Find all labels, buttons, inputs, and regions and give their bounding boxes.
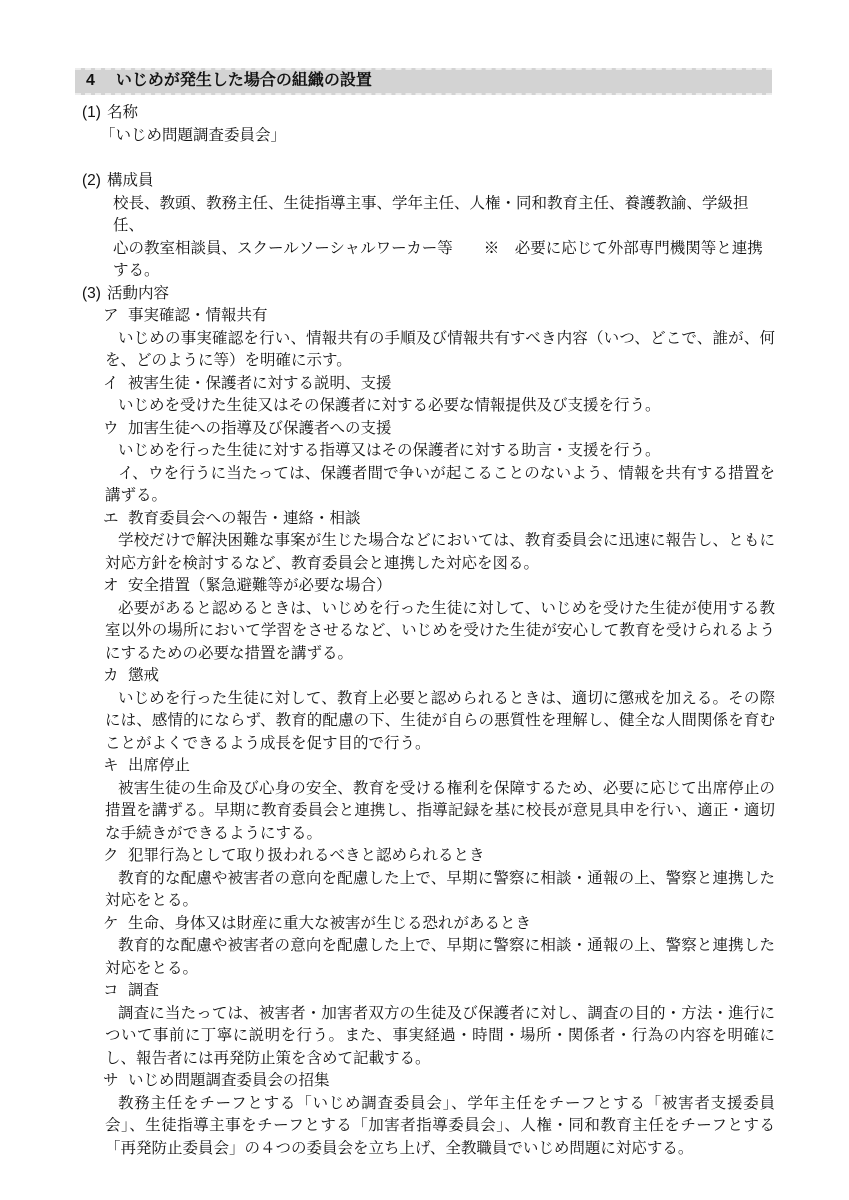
activity-paragraph: 調査に当たっては、被害者・加害者双方の生徒及び保護者に対し、調査の目的・方法・進… xyxy=(75,1003,775,1071)
activity-item-ki: キ 出席停止 被害生徒の生命及び心身の安全、教育を受ける権利を保障するため、必要… xyxy=(75,755,775,845)
activity-heading: エ 教育委員会への報告・連絡・相談 xyxy=(75,508,775,531)
activity-heading: イ 被害生徒・保護者に対する説明、支援 xyxy=(75,373,775,396)
item-title: 名称 xyxy=(107,102,138,125)
activity-heading: ケ 生命、身体又は財産に重大な被害が生じる恐れがあるとき xyxy=(75,913,775,936)
section-title: いじめが発生した場合の組織の設置 xyxy=(116,72,372,89)
activity-item-sa: サ いじめ問題調査委員会の招集 教務主任をチーフとする「いじめ調査委員会」、学年… xyxy=(75,1070,775,1160)
members-line: 心の教室相談員、スクールソーシャルワーカー等 ※ 必要に応じて外部専門機関等と連… xyxy=(75,238,775,283)
activity-marker: ウ xyxy=(103,418,128,441)
activity-paragraph: 学校だけで解決困難な事案が生じた場合などにおいては、教育委員会に迅速に報告し、と… xyxy=(75,530,775,575)
activity-paragraph: いじめの事実確認を行い、情報共有の手順及び情報共有すべき内容（いつ、どこで、誰が… xyxy=(75,328,775,373)
item-marker: (2) xyxy=(82,170,107,193)
activity-marker: サ xyxy=(103,1070,128,1093)
activity-item-u: ウ 加害生徒への指導及び保護者への支援 いじめを行った生徒に対する指導又はその保… xyxy=(75,418,775,508)
activity-item-e: エ 教育委員会への報告・連絡・相談 学校だけで解決困難な事案が生じた場合などにお… xyxy=(75,508,775,576)
numbered-heading: (2) 構成員 xyxy=(75,170,775,193)
numbered-heading: (3) 活動内容 xyxy=(75,283,775,306)
activity-heading: サ いじめ問題調査委員会の招集 xyxy=(75,1070,775,1093)
activity-item-ke: ケ 生命、身体又は財産に重大な被害が生じる恐れがあるとき 教育的な配慮や被害者の… xyxy=(75,913,775,981)
activity-paragraph: 教育的な配慮や被害者の意向を配慮した上で、早期に警察に相談・通報の上、警察と連携… xyxy=(75,868,775,913)
activity-marker: イ xyxy=(103,373,128,396)
activity-heading: ウ 加害生徒への指導及び保護者への支援 xyxy=(75,418,775,441)
numbered-item-members: (2) 構成員 校長、教頭、教務主任、生徒指導主事、学年主任、人権・同和教育主任… xyxy=(75,170,775,283)
activity-heading: ア 事実確認・情報共有 xyxy=(75,305,775,328)
committee-name-text: 「いじめ問題調査委員会」 xyxy=(75,125,775,148)
document-page: 4いじめが発生した場合の組織の設置 (1) 名称 「いじめ問題調査委員会」 (2… xyxy=(0,0,849,1200)
activity-paragraph: 教務主任をチーフとする「いじめ調査委員会」、学年主任をチーフとする「被害者支援委… xyxy=(75,1093,775,1161)
activity-title: 事実確認・情報共有 xyxy=(128,305,268,328)
activity-title: 懲戒 xyxy=(128,665,159,688)
activity-paragraph: 必要があると認めるときは、いじめを行った生徒に対して、いじめを受けた生徒が使用す… xyxy=(75,598,775,666)
activity-title: 生命、身体又は財産に重大な被害が生じる恐れがあるとき xyxy=(128,913,531,936)
numbered-item-name: (1) 名称 「いじめ問題調査委員会」 xyxy=(75,102,775,147)
activity-paragraph: いじめを行った生徒に対して、教育上必要と認められるときは、適切に懲戒を加える。そ… xyxy=(75,688,775,756)
activity-title: 出席停止 xyxy=(128,755,190,778)
activity-marker: キ xyxy=(103,755,128,778)
activity-item-ka: カ 懲戒 いじめを行った生徒に対して、教育上必要と認められるときは、適切に懲戒を… xyxy=(75,665,775,755)
activity-marker: オ xyxy=(103,575,128,598)
activity-title: 被害生徒・保護者に対する説明、支援 xyxy=(128,373,392,396)
activity-item-a: ア 事実確認・情報共有 いじめの事実確認を行い、情報共有の手順及び情報共有すべき… xyxy=(75,305,775,373)
item-title: 活動内容 xyxy=(107,283,169,306)
members-line: 校長、教頭、教務主任、生徒指導主事、学年主任、人権・同和教育主任、養護教諭、学級… xyxy=(75,193,775,238)
activity-heading: カ 懲戒 xyxy=(75,665,775,688)
activity-title: 安全措置（緊急避難等が必要な場合） xyxy=(128,575,392,598)
activity-title: 犯罪行為として取り扱われるべきと認められるとき xyxy=(128,845,485,868)
activity-heading: キ 出席停止 xyxy=(75,755,775,778)
activity-heading: ク 犯罪行為として取り扱われるべきと認められるとき xyxy=(75,845,775,868)
activity-paragraph: いじめを受けた生徒又はその保護者に対する必要な情報提供及び支援を行う。 xyxy=(75,395,775,418)
activity-paragraph: 被害生徒の生命及び心身の安全、教育を受ける権利を保障するため、必要に応じて出席停… xyxy=(75,778,775,846)
numbered-item-activities: (3) 活動内容 ア 事実確認・情報共有 いじめの事実確認を行い、情報共有の手順… xyxy=(75,283,775,1161)
activity-heading: コ 調査 xyxy=(75,980,775,1003)
activity-paragraph: いじめを行った生徒に対する指導又はその保護者に対する助言・支援を行う。 xyxy=(75,440,775,463)
activity-title: 加害生徒への指導及び保護者への支援 xyxy=(128,418,392,441)
activity-paragraph: 教育的な配慮や被害者の意向を配慮した上で、早期に警察に相談・通報の上、警察と連携… xyxy=(75,935,775,980)
activity-title: いじめ問題調査委員会の招集 xyxy=(128,1070,330,1093)
item-title: 構成員 xyxy=(107,170,154,193)
activity-heading: オ 安全措置（緊急避難等が必要な場合） xyxy=(75,575,775,598)
numbered-heading: (1) 名称 xyxy=(75,102,775,125)
item-marker: (1) xyxy=(82,102,107,125)
activity-item-o: オ 安全措置（緊急避難等が必要な場合） 必要があると認めるときは、いじめを行った… xyxy=(75,575,775,665)
activity-marker: エ xyxy=(103,508,128,531)
activity-marker: コ xyxy=(103,980,128,1003)
activity-marker: ケ xyxy=(103,913,128,936)
item-marker: (3) xyxy=(82,283,107,306)
activity-marker: ア xyxy=(103,305,128,328)
section-heading-bar: 4いじめが発生した場合の組織の設置 xyxy=(75,68,772,95)
activity-item-ku: ク 犯罪行為として取り扱われるべきと認められるとき 教育的な配慮や被害者の意向を… xyxy=(75,845,775,913)
activity-item-i: イ 被害生徒・保護者に対する説明、支援 いじめを受けた生徒又はその保護者に対する… xyxy=(75,373,775,418)
section-number: 4 xyxy=(86,70,95,92)
activity-marker: カ xyxy=(103,665,128,688)
blank-line xyxy=(75,147,775,170)
activity-title: 教育委員会への報告・連絡・相談 xyxy=(128,508,361,531)
activity-title: 調査 xyxy=(128,980,159,1003)
activity-paragraph: イ、ウを行うに当たっては、保護者間で争いが起こることのないよう、情報を共有する措… xyxy=(75,463,775,508)
activity-marker: ク xyxy=(103,845,128,868)
activity-item-ko: コ 調査 調査に当たっては、被害者・加害者双方の生徒及び保護者に対し、調査の目的… xyxy=(75,980,775,1070)
document-content: 4いじめが発生した場合の組織の設置 (1) 名称 「いじめ問題調査委員会」 (2… xyxy=(75,68,775,1160)
